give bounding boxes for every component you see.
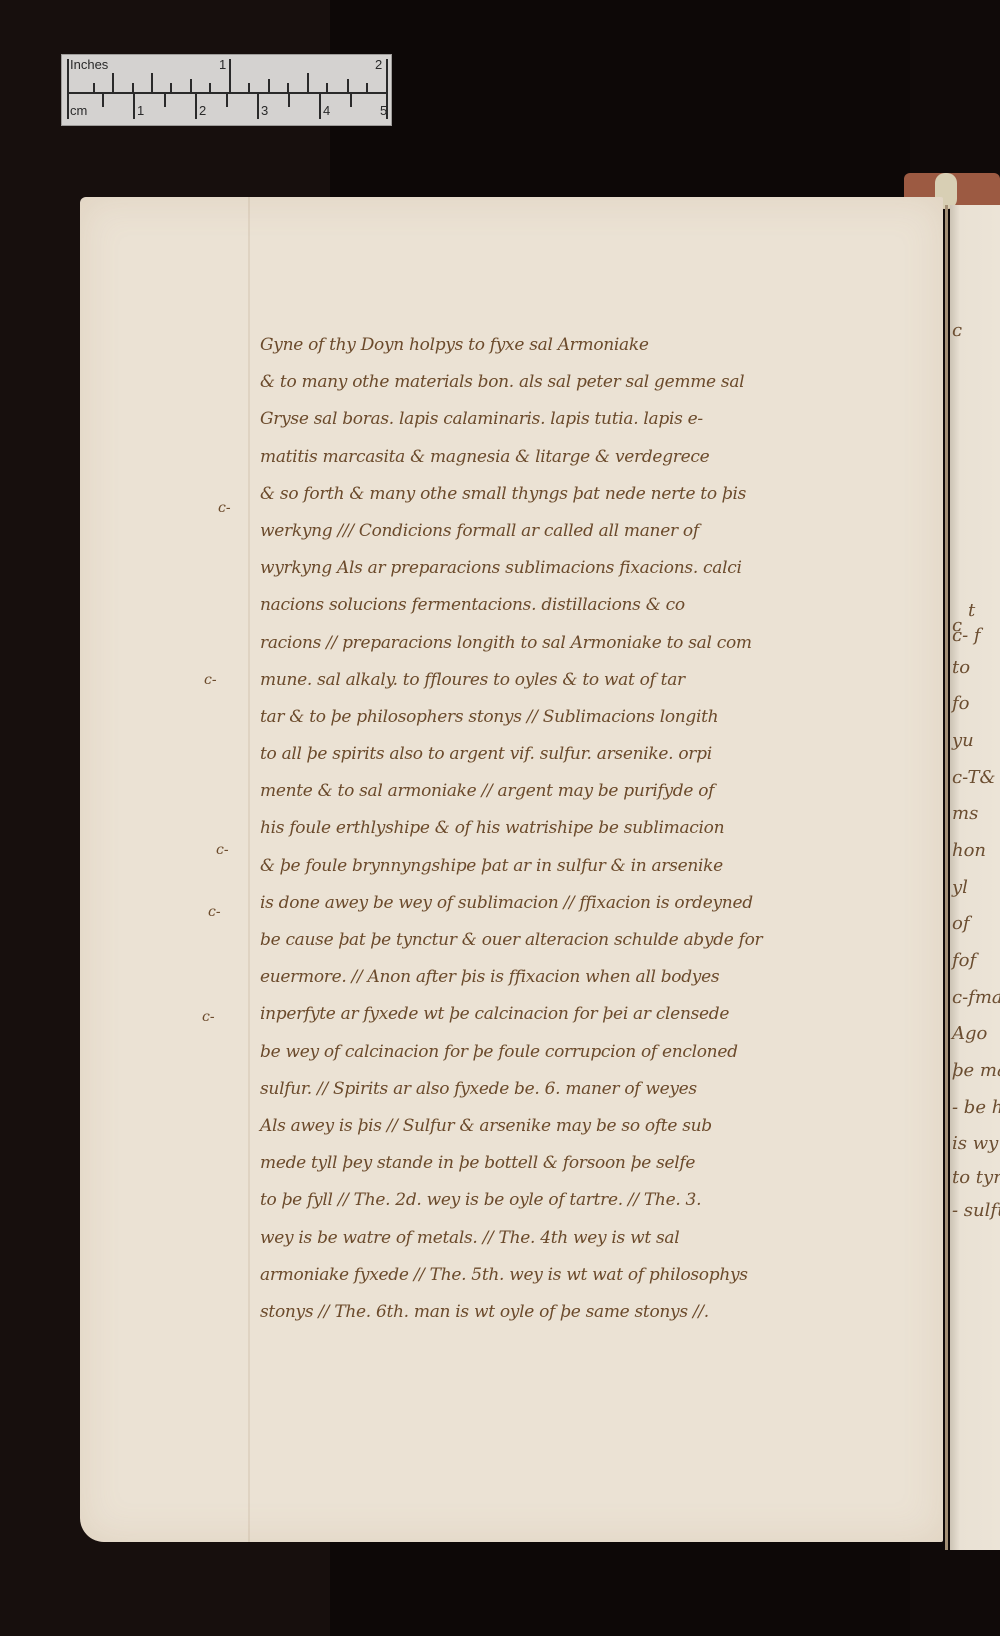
- margin-nota-mark: ᴄ-: [208, 904, 221, 920]
- ruler-tick: [268, 79, 270, 93]
- ruler-cm-label: 4: [323, 103, 330, 118]
- ruler-tick: [102, 93, 104, 107]
- manuscript-line: matitis marcasita & magnesia & litarge &…: [260, 439, 910, 476]
- ruler-tick: [133, 93, 135, 119]
- margin-nota-mark: ᴄ-: [202, 1009, 215, 1025]
- facing-page-fragment: ᴄ-fma: [952, 987, 1000, 1008]
- facing-page-fragment: yu: [952, 730, 974, 751]
- manuscript-line: wyrkyng Als ar preparacions sublimacions…: [260, 550, 910, 587]
- manuscript-line: wey is be watre of metals. // The. 4th w…: [260, 1220, 910, 1257]
- manuscript-line: armoniake fyxede // The. 5th. wey is wt …: [260, 1257, 910, 1294]
- manuscript-line: tar & to þe philosophers stonys // Subli…: [260, 699, 910, 736]
- manuscript-line: stonys // The. 6th. man is wt oyle of þe…: [260, 1294, 910, 1331]
- manuscript-line: to all þe spirits also to argent vif. su…: [260, 736, 910, 773]
- margin-nota-mark: ᴄ-: [204, 672, 217, 688]
- ruler-tick: [350, 93, 352, 107]
- ruler-tick: [112, 73, 114, 93]
- facing-page-fragment: yl: [952, 877, 968, 898]
- facing-page-fragment: ᴄ- f: [952, 625, 981, 646]
- manuscript-line: & so forth & many othe small thyngs þat …: [260, 476, 910, 513]
- facing-page-fragment: - be h: [952, 1097, 1000, 1118]
- ruler-inch-label: 2: [375, 57, 382, 72]
- facing-page-fragment: t: [968, 600, 975, 621]
- ruler-tick: [151, 73, 153, 93]
- ruler-tick: [288, 93, 290, 107]
- facing-page-fragment: Ago: [952, 1023, 987, 1044]
- ruler-tick: [326, 83, 328, 93]
- ruler-tick: [226, 93, 228, 107]
- manuscript-line: Als awey is þis // Sulfur & arsenike may…: [260, 1108, 910, 1145]
- facing-page-fragment: is wy: [952, 1133, 998, 1154]
- facing-page-fragment: to: [952, 657, 970, 678]
- ruler-tick: [170, 83, 172, 93]
- manuscript-line: is done awey be wey of sublimacion // ff…: [260, 885, 910, 922]
- manuscript-line: & þe foule brynnyngshipe þat ar in sulfu…: [260, 848, 910, 885]
- facing-page-fragment: fof: [952, 950, 976, 971]
- ruler-cm-label: cm: [70, 103, 87, 118]
- ruler-inch-label: 1: [219, 57, 226, 72]
- ruler-tick: [164, 93, 166, 107]
- gutter-fold: [945, 205, 948, 1550]
- manuscript-line: his foule erthlyshipe & of his watriship…: [260, 810, 910, 847]
- manuscript-line: be wey of calcinacion for þe foule corru…: [260, 1034, 910, 1071]
- margin-nota-mark: ᴄ-: [216, 842, 229, 858]
- ruler-tick: [67, 59, 69, 119]
- manuscript-line: & to many othe materials bon. als sal pe…: [260, 364, 910, 401]
- manuscript-line: sulfur. // Spirits ar also fyxede be. 6.…: [260, 1071, 910, 1108]
- manuscript-text-block: Gyne of thy Doyn holpys to fyxe sal Armo…: [260, 327, 910, 1331]
- margin-nota-mark: ᴄ-: [218, 500, 231, 516]
- ruler-cm-label: 5: [380, 103, 387, 118]
- facing-page-fragment: ms: [952, 803, 978, 824]
- ruler-cm-label: 3: [261, 103, 268, 118]
- manuscript-line: Gryse sal boras. lapis calaminaris. lapi…: [260, 401, 910, 438]
- ruler-tick: [307, 73, 309, 93]
- paper-fold-crease: [248, 197, 250, 1542]
- facing-page-fragment: of: [952, 913, 970, 934]
- ruler-inches-label: Inches: [70, 57, 108, 72]
- manuscript-line: mente & to sal armoniake // argent may b…: [260, 773, 910, 810]
- facing-page-fragment: ᴄ: [952, 320, 962, 341]
- manuscript-line: to þe fyll // The. 2d. wey is be oyle of…: [260, 1182, 910, 1219]
- ruler-tick: [190, 79, 192, 93]
- manuscript-line: inperfyte ar fyxede wt þe calcinacion fo…: [260, 996, 910, 1033]
- manuscript-line: nacions solucions fermentacions. distill…: [260, 587, 910, 624]
- facing-page: ᴄ ᴄ t ᴄ- f to fo yu ᴄ-T& ms hon yl of fo…: [950, 205, 1000, 1550]
- ruler-cm-label: 1: [137, 103, 144, 118]
- ruler-tick: [248, 83, 250, 93]
- ruler-cm-label: 2: [199, 103, 206, 118]
- facing-page-fragment: þe ma: [952, 1060, 1000, 1081]
- scale-ruler: Inches cm 1 2 1 2 3 4 5: [61, 54, 392, 126]
- ruler-tick: [209, 83, 211, 93]
- facing-page-fragment: to tyn: [952, 1167, 1000, 1188]
- ruler-tick: [229, 59, 231, 93]
- ruler-tick: [287, 83, 289, 93]
- ruler-tick: [366, 83, 368, 93]
- manuscript-folio: ᴄ- ᴄ- ᴄ- ᴄ- ᴄ- Gyne of thy Doyn holpys t…: [80, 197, 943, 1542]
- facing-page-fragment: hon: [952, 840, 986, 861]
- ruler-tick: [93, 83, 95, 93]
- manuscript-line: mune. sal alkaly. to ffloures to oyles &…: [260, 662, 910, 699]
- facing-page-fragment: fo: [952, 693, 970, 714]
- manuscript-line: be cause þat þe tynctur & ouer alteracio…: [260, 922, 910, 959]
- manuscript-line: werkyng /// Condicions formall ar called…: [260, 513, 910, 550]
- manuscript-line: euermore. // Anon after þis is ffixacion…: [260, 959, 910, 996]
- ruler-tick: [347, 79, 349, 93]
- facing-page-fragment: - sulfu: [952, 1200, 1000, 1221]
- manuscript-line: mede tyll þey stande in þe bottell & for…: [260, 1145, 910, 1182]
- ruler-tick: [195, 93, 197, 119]
- ruler-tick: [257, 93, 259, 119]
- manuscript-line: racions // preparacions longith to sal A…: [260, 625, 910, 662]
- facing-page-fragment: ᴄ-T&: [952, 767, 996, 788]
- ruler-tick: [319, 93, 321, 119]
- manuscript-line: Gyne of thy Doyn holpys to fyxe sal Armo…: [260, 327, 910, 364]
- ruler-tick: [132, 83, 134, 93]
